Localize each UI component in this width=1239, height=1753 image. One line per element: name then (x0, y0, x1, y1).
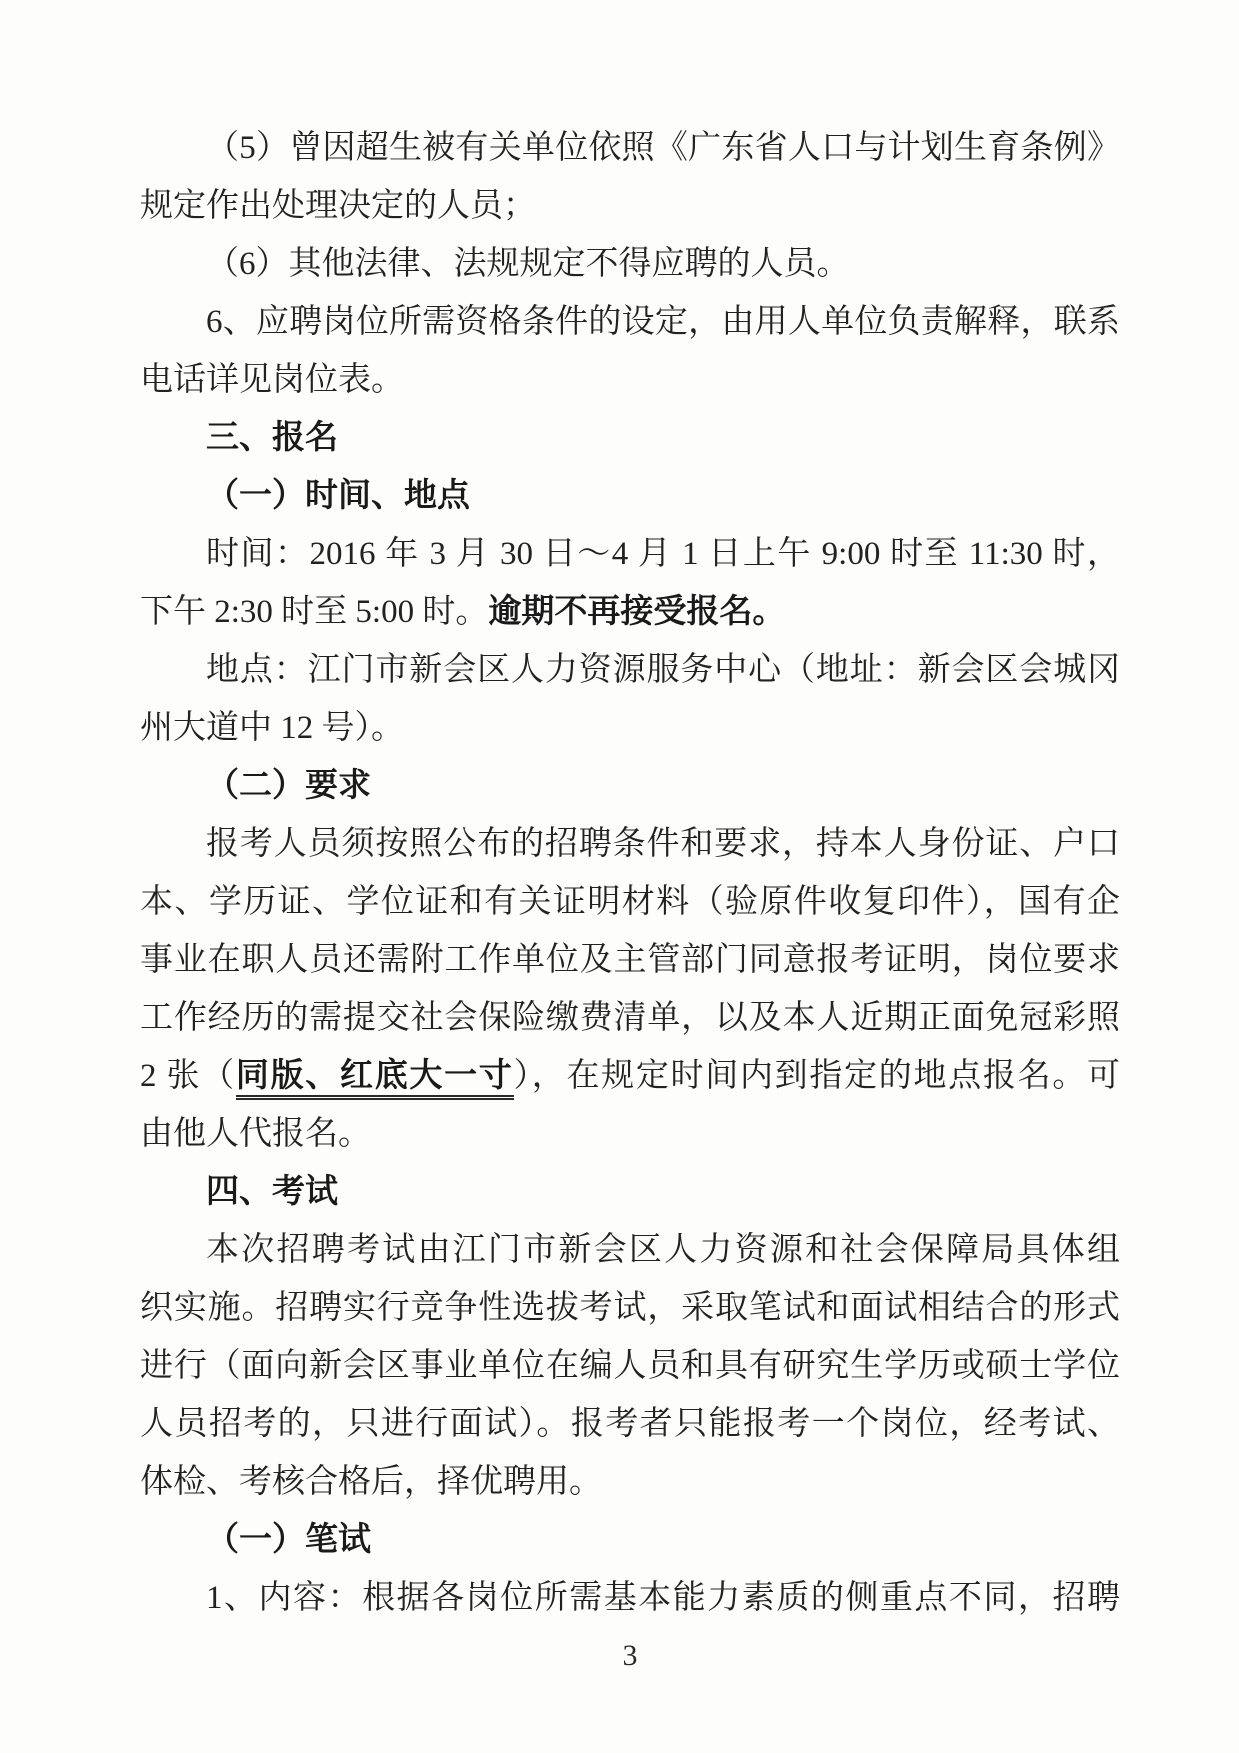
text-line: 织实施。招聘实行竞争性选拔考试，采取笔试和面试相结合的形式 (140, 1279, 1120, 1337)
body-text: （6）其他法律、法规规定不得应聘的人员。 (206, 246, 850, 282)
text-line: 1、内容：根据各岗位所需基本能力素质的侧重点不同，招聘 (140, 1569, 1120, 1627)
page-number: 3 (140, 1627, 1120, 1685)
body-text: 1、内容：根据各岗位所需基本能力素质的侧重点不同，招聘 (206, 1580, 1120, 1616)
body-text: 织实施。招聘实行竞争性选拔考试，采取笔试和面试相结合的形式 (140, 1290, 1120, 1326)
text-line: 四、考试 (140, 1163, 1120, 1221)
bold-text: （二）要求 (206, 768, 371, 804)
text-line: 本、学历证、学位证和有关证明材料（验原件收复印件），国有企 (140, 873, 1120, 931)
bold-text: （一）时间、地点 (206, 478, 470, 514)
body-text: 进行（面向新会区事业单位在编人员和具有研究生学历或硕士学位 (140, 1348, 1120, 1384)
bold-text: 四、考试 (206, 1174, 338, 1210)
text-line: 报考人员须按照公布的招聘条件和要求，持本人身份证、户口 (140, 815, 1120, 873)
text-line: 三、报名 (140, 409, 1120, 467)
body-text: 6、应聘岗位所需资格条件的设定，由用人单位负责解释，联系 (206, 304, 1120, 340)
text-line: 地点：江门市新会区人力资源服务中心（地址：新会区会城冈 (140, 641, 1120, 699)
text-line: （6）其他法律、法规规定不得应聘的人员。 (140, 235, 1120, 293)
body-text: 工作经历的需提交社会保险缴费清单，以及本人近期正面免冠彩照 (140, 1000, 1120, 1036)
body-text: 体检、考核合格后，择优聘用。 (140, 1464, 602, 1500)
text-line: 人员招考的，只进行面试）。报考者只能报考一个岗位，经考试、 (140, 1395, 1120, 1453)
document-body: （5）曾因超生被有关单位依照《广东省人口与计划生育条例》规定作出处理决定的人员；… (140, 119, 1120, 1627)
body-text: （5）曾因超生被有关单位依照《广东省人口与计划生育条例》 (206, 130, 1120, 166)
body-text: 人员招考的，只进行面试）。报考者只能报考一个岗位，经考试、 (140, 1406, 1120, 1442)
text-line: 州大道中 12 号）。 (140, 699, 1120, 757)
body-text: 由他人代报名。 (140, 1116, 371, 1152)
text-line: （5）曾因超生被有关单位依照《广东省人口与计划生育条例》 (140, 119, 1120, 177)
body-text: ），在规定时间内到指定的地点报名。可 (514, 1058, 1121, 1094)
body-text: 电话详见岗位表。 (140, 362, 404, 398)
text-line: 6、应聘岗位所需资格条件的设定，由用人单位负责解释，联系 (140, 293, 1120, 351)
body-text: 本、学历证、学位证和有关证明材料（验原件收复印件），国有企 (140, 884, 1120, 920)
body-text: 本次招聘考试由江门市新会区人力资源和社会保障局具体组 (206, 1232, 1120, 1268)
text-line: （一）笔试 (140, 1511, 1120, 1569)
text-line: 下午 2:30 时至 5:00 时。逾期不再接受报名。 (140, 583, 1120, 641)
body-text: 时间：2016 年 3 月 30 日～4 月 1 日上午 9:00 时至 11:… (206, 536, 1120, 572)
bold-text: 三、报名 (206, 420, 338, 456)
text-line: 由他人代报名。 (140, 1105, 1120, 1163)
text-line: 2 张（同版、红底大一寸），在规定时间内到指定的地点报名。可 (140, 1047, 1120, 1105)
emphasized-underlined-text: 同版、红底大一寸 (236, 1058, 514, 1100)
text-line: 规定作出处理决定的人员； (140, 177, 1120, 235)
text-line: （二）要求 (140, 757, 1120, 815)
bold-text: 逾期不再接受报名。 (488, 594, 785, 630)
text-line: 时间：2016 年 3 月 30 日～4 月 1 日上午 9:00 时至 11:… (140, 525, 1120, 583)
body-text: 地点：江门市新会区人力资源服务中心（地址：新会区会城冈 (206, 652, 1120, 688)
body-text: 下午 2:30 时至 5:00 时。 (140, 594, 488, 630)
text-line: （一）时间、地点 (140, 467, 1120, 525)
text-line: 电话详见岗位表。 (140, 351, 1120, 409)
body-text: 事业在职人员还需附工作单位及主管部门同意报考证明，岗位要求 (140, 942, 1120, 978)
body-text: 州大道中 12 号）。 (140, 710, 404, 746)
text-line: 体检、考核合格后，择优聘用。 (140, 1453, 1120, 1511)
body-text: 报考人员须按照公布的招聘条件和要求，持本人身份证、户口 (206, 826, 1120, 862)
text-line: 进行（面向新会区事业单位在编人员和具有研究生学历或硕士学位 (140, 1337, 1120, 1395)
text-line: 事业在职人员还需附工作单位及主管部门同意报考证明，岗位要求 (140, 931, 1120, 989)
bold-text: （一）笔试 (206, 1522, 371, 1558)
text-line: 本次招聘考试由江门市新会区人力资源和社会保障局具体组 (140, 1221, 1120, 1279)
scanned-document-page: （5）曾因超生被有关单位依照《广东省人口与计划生育条例》规定作出处理决定的人员；… (0, 0, 1239, 1753)
body-text: 规定作出处理决定的人员； (140, 188, 536, 224)
body-text: 2 张（ (140, 1058, 236, 1094)
text-line: 工作经历的需提交社会保险缴费清单，以及本人近期正面免冠彩照 (140, 989, 1120, 1047)
